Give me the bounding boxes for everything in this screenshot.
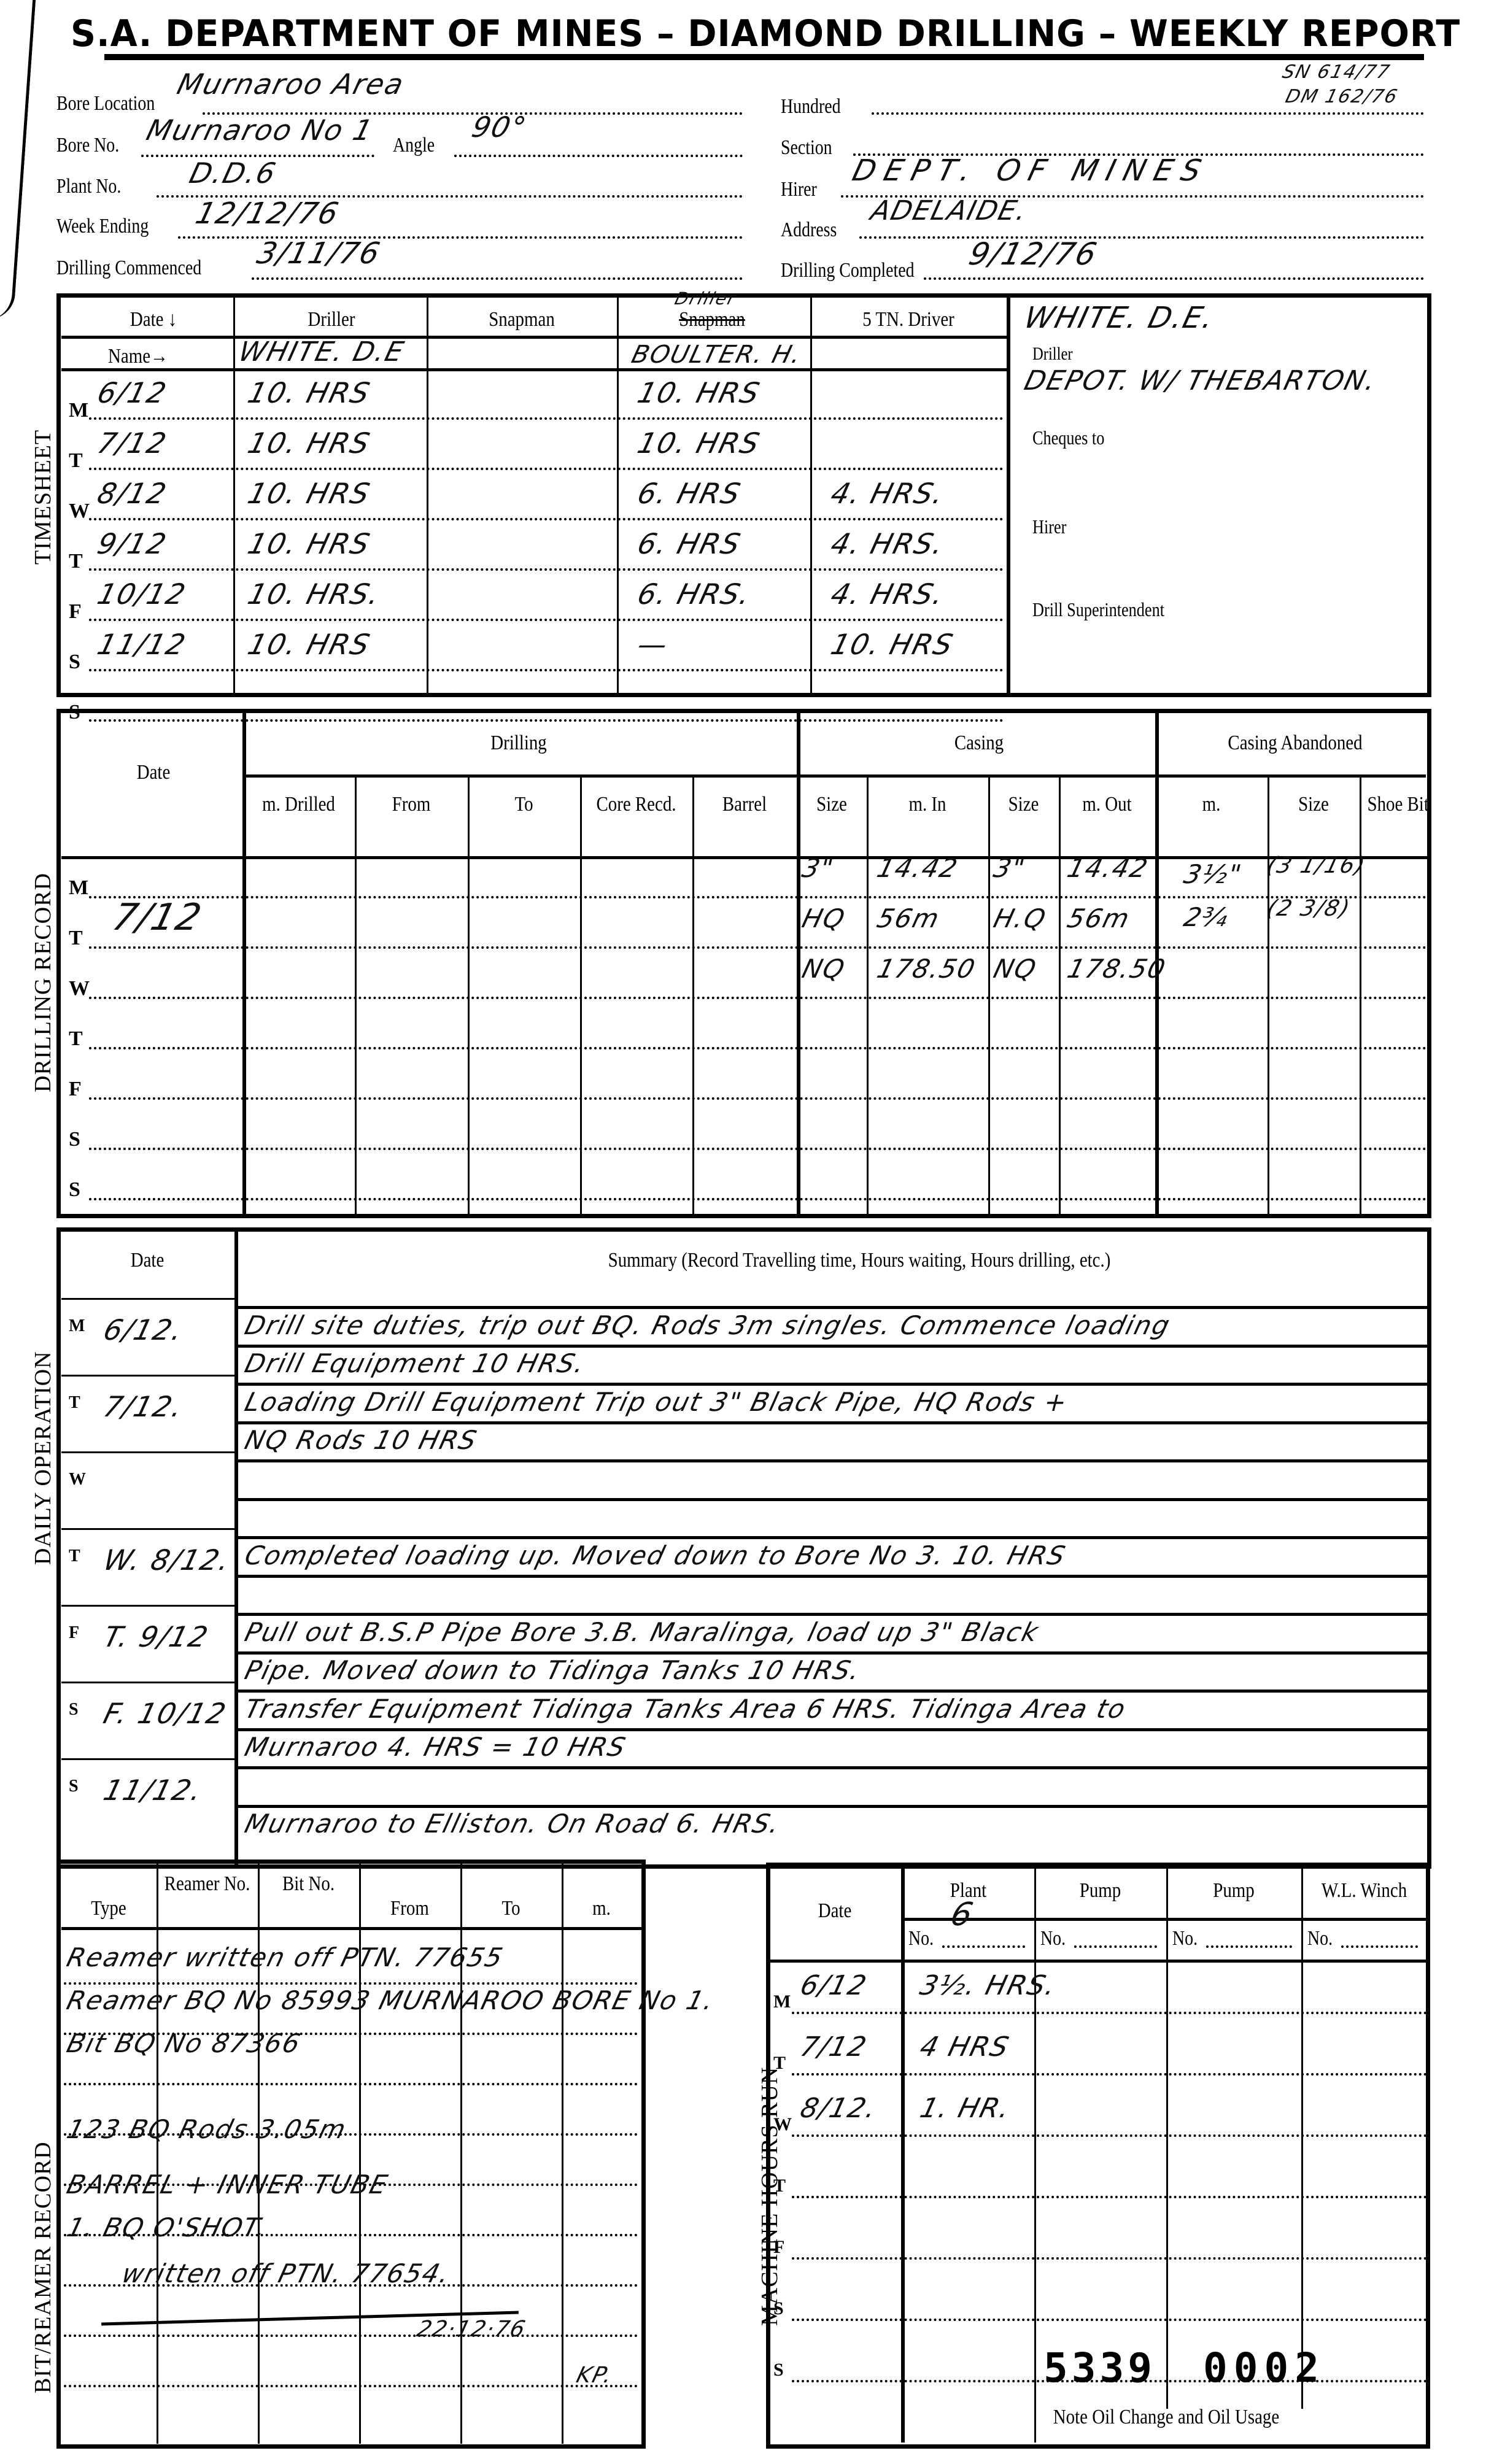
drilling-completed-value[interactable]: 9/12/76 [966, 236, 1101, 272]
ts-driver-hours[interactable]: 4. HRS. [827, 527, 948, 560]
ts-header-rule [61, 336, 1007, 339]
dr-col-header: m. Out [1069, 793, 1145, 816]
dr-day-label: S [69, 1178, 80, 1202]
br-row-line [64, 2385, 638, 2387]
br-col-header: To [468, 1896, 554, 1921]
ts-day-label: M [69, 399, 88, 422]
dr-header-abandoned: Casing Abandoned [1212, 732, 1379, 755]
dr-header-casing: Casing [914, 732, 1045, 755]
mh-plant-hours[interactable]: 4 HRS [917, 2031, 1013, 2063]
mh-col-no-label: No. [1307, 1927, 1333, 1950]
do-ruled-line [236, 1345, 1427, 1348]
mh-col-no-label: No. [1172, 1927, 1198, 1950]
do-ruled-line [236, 1459, 1427, 1462]
ts-name-label: Name→ [99, 345, 177, 368]
mh-day-label: F [773, 2237, 784, 2258]
form-title: S.A. DEPARTMENT OF MINES – DIAMOND DRILL… [71, 12, 1460, 55]
ts-snapman2-hours[interactable]: 10. HRS [634, 427, 764, 460]
dr-casing-m-in[interactable]: 14.42 [874, 853, 961, 883]
do-date[interactable]: 11/12. [100, 1774, 206, 1807]
mh-col-no-line [942, 1945, 1025, 1948]
do-summary-line[interactable]: NQ Rods 10 HRS [242, 1425, 481, 1455]
ts-day-label: T [69, 449, 83, 473]
ts-header-driver: 5 TN. Driver [851, 308, 966, 331]
ts-panel-hirer-label: Hirer [1032, 516, 1066, 538]
mh-divider [1166, 1869, 1168, 2409]
br-row-line [64, 2335, 638, 2337]
dr-header-drilling: Drilling [454, 732, 584, 755]
bore-no-label: Bore No. [56, 134, 119, 157]
dr-row-line [89, 1148, 1427, 1150]
dr-col-header: Shoe Bit [1368, 793, 1420, 816]
do-date[interactable]: 7/12. [100, 1390, 187, 1423]
ts-name-snapman2[interactable]: BOULTER. H. [629, 341, 805, 369]
dr-day-label: W [69, 977, 90, 1000]
ts-driller-hours[interactable]: 10. HRS [244, 477, 374, 510]
br-note-line[interactable]: Reamer written off PTN. 77655 [64, 1942, 507, 1972]
ts-header-driller-override: Driller [673, 288, 738, 309]
mh-footer-note: Note Oil Change and Oil Usage [1010, 2406, 1323, 2429]
br-note-line[interactable]: Bit BQ No 87366 [64, 2028, 304, 2058]
do-date[interactable]: T. 9/12 [100, 1620, 212, 1653]
title-rule [104, 54, 1424, 60]
angle-line [454, 155, 743, 157]
do-day-label: S [69, 1777, 79, 1796]
mh-col-no-label: No. [1040, 1927, 1066, 1950]
dr-casing-m-in[interactable]: 56m [874, 903, 943, 933]
do-day-label: T [69, 1547, 80, 1566]
do-header-summary: Summary (Record Travelling time, Hours w… [494, 1249, 1225, 1272]
br-col-header: Bit No. [265, 1872, 351, 1896]
ts-snapman2-hours[interactable]: 6. HRS. [634, 577, 754, 611]
dr-casing-size-in[interactable]: HQ [799, 903, 849, 933]
br-note-line[interactable]: Reamer BQ No 85993 MURNAROO BORE No 1. [64, 1985, 718, 2015]
angle-label: Angle [393, 134, 435, 157]
do-date[interactable]: F. 10/12 [100, 1697, 230, 1730]
do-day-label: F [69, 1623, 79, 1643]
do-summary-line[interactable]: Loading Drill Equipment Trip out 3" Blac… [242, 1387, 1071, 1417]
dr-abandoned-m[interactable]: 2¾ [1181, 902, 1233, 932]
dr-header-date: Date [101, 761, 206, 784]
mh-row-line [792, 2257, 1427, 2260]
do-ruled-line [236, 1575, 1427, 1578]
do-ruled-line [236, 1536, 1427, 1539]
dr-day-label: M [69, 876, 88, 900]
plant-no-value[interactable]: D.D.6 [186, 156, 280, 190]
mh-row-line [792, 2073, 1427, 2076]
mh-divider [901, 1869, 905, 2443]
do-ruled-line [236, 1383, 1427, 1386]
mh-col-no-line [1206, 1945, 1292, 1948]
drilling-commenced-value[interactable]: 3/11/76 [254, 236, 384, 271]
dr-row-line [89, 896, 1427, 898]
do-summary-line[interactable]: Transfer Equipment Tidinga Tanks Area 6 … [242, 1694, 1129, 1724]
mh-day-label: T [773, 2176, 786, 2196]
do-date-rule [61, 1375, 236, 1377]
mh-plant-hours[interactable]: 1. HR. [917, 2093, 1014, 2124]
dr-row-line [89, 946, 1427, 949]
mh-date[interactable]: 7/12 [797, 2031, 871, 2063]
ts-header-driller: Driller [279, 308, 384, 331]
address-line [859, 236, 1424, 239]
do-ruled-line [236, 1651, 1427, 1655]
dr-col-header: Size [996, 793, 1051, 816]
ts-driller-hours[interactable]: 10. HRS [244, 427, 374, 460]
ts-panel-driller-label: Driller [1032, 344, 1073, 365]
do-summary-line[interactable]: Pipe. Moved down to Tidinga Tanks 10 HRS… [242, 1655, 864, 1685]
dr-casing-size-out[interactable]: NQ [991, 954, 1040, 984]
hirer-value[interactable]: DEPT. OF MINES [849, 153, 1213, 188]
do-date[interactable]: 6/12. [100, 1313, 187, 1346]
mh-day-label: S [773, 2298, 784, 2319]
do-day-label: S [69, 1700, 79, 1720]
bore-location-label: Bore Location [56, 92, 155, 115]
mh-col-no-label: No. [908, 1927, 934, 1950]
do-rule [61, 1298, 236, 1300]
ts-col-divider [617, 298, 619, 693]
timesheet-section-label: TIMESHEET [29, 430, 56, 565]
dr-group-rule [244, 774, 1426, 778]
ts-date[interactable]: 11/12 [94, 628, 190, 661]
dr-col-header: m. Drilled [254, 793, 344, 816]
do-date-rule [61, 1451, 236, 1453]
dr-day-label: T [69, 1027, 83, 1051]
ts-row-line [89, 669, 1004, 671]
do-divider [234, 1230, 238, 1866]
dr-casing-m-out[interactable]: 178.50 [1064, 954, 1169, 984]
do-ruled-line [236, 1306, 1427, 1309]
mh-col-no-line [1341, 1945, 1418, 1948]
br-col-header: m. [568, 1896, 636, 1921]
ts-col-divider [233, 298, 235, 693]
mh-col-no-line [1074, 1945, 1157, 1948]
mh-row-line [792, 2012, 1427, 2014]
do-date-rule [61, 1605, 236, 1607]
dr-abandoned-m[interactable]: 3½" [1181, 859, 1245, 889]
do-ruled-line [236, 1613, 1427, 1616]
dr-casing-size-in[interactable]: NQ [799, 954, 849, 984]
mh-divider [1301, 1869, 1303, 2409]
do-day-label: T [69, 1393, 80, 1413]
ts-panel-superintendent-label: Drill Superintendent [1032, 598, 1164, 621]
do-date-rule [61, 1528, 236, 1530]
mh-col-title: Pump [1044, 1879, 1156, 1902]
mh-header-rule [770, 1960, 1427, 1963]
mh-plant-hours[interactable]: 3½. HRS. [917, 1970, 1060, 2001]
ts-driver-hours[interactable]: 4. HRS. [827, 477, 948, 510]
ts-date[interactable]: 7/12 [94, 427, 171, 460]
plant-no-label: Plant No. [56, 175, 121, 198]
do-ruled-line [236, 1766, 1427, 1769]
br-note-line[interactable]: written off PTN. 77654. [119, 2258, 454, 2288]
ts-driver-hours[interactable]: 10. HRS [827, 628, 957, 661]
br-note-line[interactable]: BARREL + INNER TUBE [64, 2169, 392, 2199]
do-summary-line[interactable]: Drill site duties, trip out BQ. Rods 3m … [242, 1310, 1174, 1340]
dr-abandoned-size[interactable]: (2 3/8) [1264, 896, 1353, 921]
dr-col-header: Size [1277, 793, 1350, 816]
mh-row-line [792, 2319, 1427, 2321]
br-col-divider [562, 1864, 563, 2444]
mh-date[interactable]: 6/12 [797, 1970, 871, 2001]
ts-row-line [89, 568, 1004, 571]
do-date-rule [61, 1758, 236, 1760]
ts-panel-cheques-label: Cheques to [1032, 427, 1104, 449]
do-ruled-line [236, 1728, 1427, 1731]
ts-date[interactable]: 8/12 [94, 477, 171, 510]
ts-driller-hours[interactable]: 10. HRS [244, 527, 374, 560]
file-ref-2: DM 162/76 [1283, 86, 1401, 107]
mh-col-title: W.L. Winch [1310, 1879, 1417, 1902]
do-header-date: Date [111, 1249, 184, 1272]
do-summary-line[interactable]: Murnaroo to Elliston. On Road 6. HRS. [242, 1809, 784, 1839]
angle-value[interactable]: 90° [468, 110, 530, 144]
ts-driller-hours[interactable]: 10. HRS [244, 628, 374, 661]
hundred-label: Hundred [781, 95, 841, 118]
dr-row-line [89, 1047, 1427, 1049]
hirer-label: Hirer [781, 178, 817, 201]
mh-row-line [792, 2134, 1427, 2137]
bore-location-value[interactable]: Murnaroo Area [174, 68, 408, 101]
dr-casing-m-out[interactable]: 56m [1064, 903, 1134, 933]
do-ruled-line [236, 1690, 1427, 1693]
ts-row-line [89, 417, 1004, 420]
dr-col-header: m. [1166, 793, 1256, 816]
dr-row-line [89, 1198, 1427, 1200]
do-summary-line[interactable]: Completed loading up. Moved down to Bore… [242, 1540, 1069, 1570]
dr-row-line [89, 1097, 1427, 1100]
dr-day-label: T [69, 927, 83, 950]
ts-name-rule [61, 368, 1007, 371]
ts-snapman2-hours[interactable]: 6. HRS [634, 527, 745, 560]
dr-row-line [89, 997, 1427, 999]
mh-day-label: T [773, 2053, 786, 2074]
drilling-record-box [56, 709, 1431, 1218]
br-note-line[interactable]: KP. [574, 2363, 616, 2388]
ts-day-label: T [69, 550, 83, 573]
mh-group-rule [902, 1918, 1427, 1921]
dr-day-label: F [69, 1078, 82, 1101]
dr-col-header: Size [805, 793, 859, 816]
br-note-line[interactable]: 123 BQ Rods 3.05m [64, 2114, 350, 2144]
dr-casing-m-in[interactable]: 178.50 [874, 954, 979, 984]
dr-divider [797, 712, 800, 1215]
br-col-header: From [366, 1896, 452, 1921]
week-ending-value[interactable]: 12/12/76 [192, 196, 343, 231]
do-summary-line[interactable]: Drill Equipment 10 HRS. [242, 1348, 589, 1378]
week-ending-label: Week Ending [56, 215, 149, 238]
section-label: Section [781, 136, 832, 160]
mh-divider [1034, 1869, 1036, 2443]
br-col-header: Reamer No. [164, 1872, 250, 1896]
do-date-rule [61, 1682, 236, 1683]
mh-date[interactable]: 8/12. [797, 2093, 881, 2124]
ts-snapman2-hours[interactable]: 10. HRS [634, 376, 764, 409]
dr-col-header: To [479, 793, 569, 816]
ts-date[interactable]: 6/12 [94, 376, 171, 409]
file-ref-1: SN 614/77 [1280, 61, 1393, 83]
drilling-commenced-label: Drilling Commenced [56, 257, 201, 280]
hour-meter-stamp-1: 5339 [1043, 2344, 1156, 2392]
dr-divider [242, 712, 246, 1215]
do-ruled-line [236, 1421, 1427, 1424]
dr-date-entry[interactable]: 7/12 [108, 896, 206, 939]
dr-col-header: m. In [878, 793, 977, 816]
ts-row-line [89, 468, 1004, 470]
daily-operation-section-label: DAILY OPERATION [29, 1351, 56, 1565]
drilling-completed-label: Drilling Completed [781, 259, 915, 282]
br-note-line[interactable]: 1. BQ O'SHOT. [64, 2212, 271, 2242]
ts-header-snapman-struck: Snapman [660, 308, 764, 331]
bore-no-value[interactable]: Murnaroo No 1 [143, 114, 377, 147]
do-summary-line[interactable]: Murnaroo 4. HRS = 10 HRS [242, 1732, 630, 1762]
hundred-line [872, 112, 1424, 115]
dr-col-header: Barrel [703, 793, 786, 816]
do-day-label: M [69, 1316, 85, 1336]
bit-reamer-section-label: BIT/REAMER RECORD [29, 2141, 56, 2393]
ts-name-driller[interactable]: WHITE. D.E [236, 336, 408, 368]
do-ruled-line [236, 1498, 1427, 1501]
ts-date[interactable]: 9/12 [94, 527, 171, 560]
ts-day-label: F [69, 600, 82, 624]
mh-day-label: W [773, 2114, 792, 2135]
mh-day-label: M [773, 1991, 791, 2012]
dr-casing-size-out[interactable]: H.Q [991, 903, 1050, 933]
dr-casing-m-out[interactable]: 14.42 [1064, 853, 1151, 883]
scan-edge [0, 0, 36, 319]
br-row-line [64, 2083, 638, 2085]
dr-day-label: S [69, 1128, 80, 1151]
mh-header-date: Date [799, 1899, 872, 1923]
do-ruled-line [236, 1805, 1427, 1808]
do-summary-line[interactable]: Pull out B.S.P Pipe Bore 3.B. Maralinga,… [242, 1617, 1042, 1647]
ts-snapman2-hours[interactable]: 6. HRS [634, 477, 745, 510]
ts-col-divider [810, 298, 812, 693]
mh-col-title: Pump [1177, 1879, 1291, 1902]
ts-header-date: Date ↓ [107, 308, 201, 331]
drilling-record-section-label: DRILLING RECORD [29, 873, 56, 1092]
mh-day-label: S [773, 2360, 784, 2381]
address-label: Address [781, 218, 837, 242]
ts-panel-divider [1007, 298, 1010, 693]
ts-row-line [89, 619, 1004, 621]
ts-date[interactable]: 10/12 [94, 577, 190, 611]
br-col-header: Type [68, 1896, 150, 1921]
ts-day-label: W [69, 500, 90, 523]
ts-day-label: S [69, 651, 80, 674]
ts-row-line [89, 518, 1004, 520]
drilling-commenced-line [252, 277, 743, 280]
dr-abandoned-size[interactable]: (3 1/16) [1264, 853, 1369, 878]
ts-driller-hours[interactable]: 10. HRS. [244, 577, 384, 611]
ts-panel-cheques-value[interactable]: DEPOT. W/ THEBARTON. [1021, 365, 1380, 396]
dr-col-header: Core Recd. [591, 793, 681, 816]
hour-meter-stamp-2: 0002 [1203, 2344, 1325, 2392]
ts-driver-hours[interactable]: 4. HRS. [827, 577, 948, 611]
do-date[interactable]: W. 8/12. [100, 1543, 234, 1577]
ts-panel-driller-value[interactable]: WHITE. D.E. [1021, 301, 1218, 335]
br-note-line[interactable]: 22·12·76 [414, 2317, 529, 2342]
br-row-line [64, 1982, 638, 1985]
mh-row-line [792, 2196, 1427, 2198]
drilling-completed-line [924, 277, 1424, 280]
address-value[interactable]: ADELAIDE. [868, 195, 1031, 226]
br-header-rule [61, 1927, 641, 1930]
ts-col-divider [427, 298, 428, 693]
dr-col-header: From [366, 793, 457, 816]
ts-header-snapman: Snapman [470, 308, 574, 331]
do-day-label: W [69, 1470, 86, 1489]
ts-driller-hours[interactable]: 10. HRS [244, 376, 374, 409]
